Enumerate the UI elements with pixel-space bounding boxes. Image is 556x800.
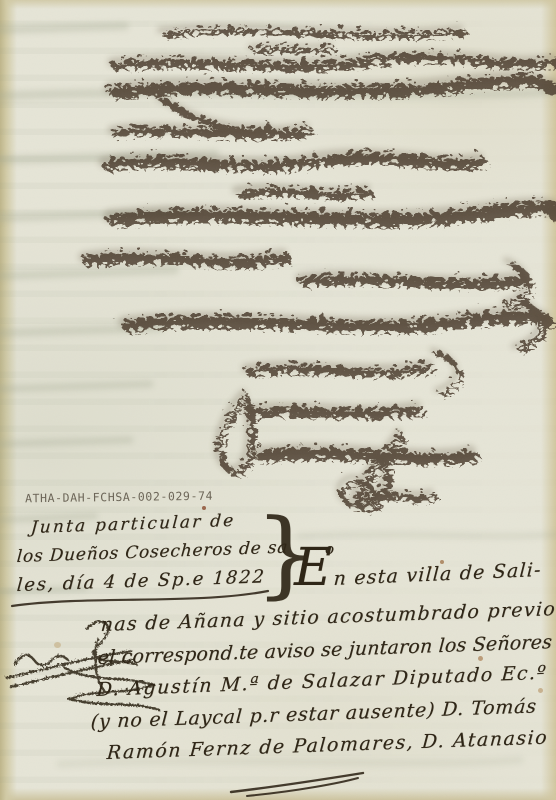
archive-code: ATHA-DAH-FCHSA-002-029-74 bbox=[25, 489, 213, 506]
manuscript-scan-page: ATHA-DAH-FCHSA-002-029-74 Junta particul… bbox=[0, 0, 556, 800]
foxing-spot bbox=[478, 656, 483, 661]
initial-capital-superscript: o bbox=[325, 540, 334, 558]
foxing-spot bbox=[538, 688, 543, 693]
foxing-spot bbox=[54, 642, 61, 648]
foxing-spot bbox=[202, 506, 206, 510]
